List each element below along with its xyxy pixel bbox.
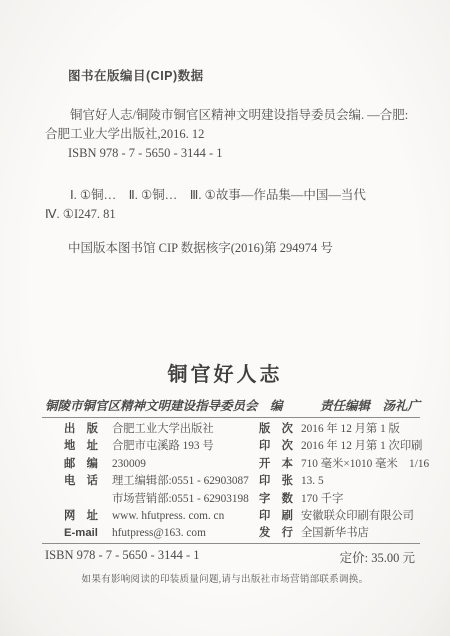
divider-bottom (42, 543, 420, 544)
colophon-row: 网 址 www. hfutpress. com. cn 印 刷 安徽联众印刷有限… (42, 508, 420, 525)
colophon-value: 2016 年 12 月第 1 次印刷 (301, 438, 422, 455)
colophon-value: 2016 年 12 月第 1 版 (301, 421, 420, 438)
divider-top (42, 417, 420, 418)
cip-record-number: 中国版本图书馆 CIP 数据核字(2016)第 294974 号 (68, 238, 333, 256)
colophon-row: 邮 编 230009 开 本 710 毫米×1010 毫米 1/16 (42, 456, 420, 473)
cip-header: 图书在版编目(CIP)数据 (68, 66, 204, 84)
colophon-value: 710 毫米×1010 毫米 1/16 (301, 456, 429, 473)
colophon-value: www. hfutpress. com. cn (112, 508, 255, 525)
colophon-label: 发 行 (259, 525, 301, 542)
book-title: 铜官好人志 (0, 358, 450, 387)
colophon-row: 电 话 理工编辑部:0551 - 62903087 印 张 13. 5 (42, 473, 420, 490)
colophon-row: E-mail hfutpress@163. com 发 行 全国新华书店 (42, 525, 420, 542)
colophon-value: 市场营销部:0551 - 62903198 (112, 491, 255, 508)
colophon-value: hfutpress@163. com (112, 525, 255, 542)
colophon-row: 市场营销部:0551 - 62903198 字 数 170 千字 (42, 491, 420, 508)
footer-row: ISBN 978 - 7 - 5650 - 3144 - 1 定价: 35.00… (45, 548, 415, 566)
colophon-label (64, 491, 112, 508)
colophon-value: 合肥市屯溪路 193 号 (112, 438, 255, 455)
colophon-label: 邮 编 (64, 456, 112, 473)
cip-entry-line2: 合肥工业大学出版社,2016. 12 (45, 125, 415, 144)
cip-entry-line1: 铜官好人志/铜陵市铜官区精神文明建设指导委员会编. —合肥: (70, 108, 408, 122)
colophon-value: 安徽联众印刷有限公司 (301, 508, 420, 525)
cip-isbn: ISBN 978 - 7 - 5650 - 3144 - 1 (68, 146, 223, 161)
cip-classification-line2: Ⅳ. ①I247. 81 (45, 207, 116, 221)
compiler-row: 铜陵市铜官区精神文明建设指导委员会 编 责任编辑 汤礼广 (45, 396, 420, 414)
cip-entry: 铜官好人志/铜陵市铜官区精神文明建设指导委员会编. —合肥: 合肥工业大学出版社… (45, 106, 415, 144)
compiler-name: 铜陵市铜官区精神文明建设指导委员会 编 (45, 396, 283, 414)
colophon-label: 网 址 (64, 508, 112, 525)
colophon-value: 理工编辑部:0551 - 62903087 (112, 473, 255, 490)
colophon-label: E-mail (64, 525, 112, 542)
colophon-table: 出 版 合肥工业大学出版社 版 次 2016 年 12 月第 1 版 地 址 合… (42, 421, 420, 543)
colophon-value: 全国新华书店 (301, 525, 420, 542)
colophon-row: 出 版 合肥工业大学出版社 版 次 2016 年 12 月第 1 版 (42, 421, 420, 438)
quality-note: 如果有影响阅读的印装质量问题,请与出版社市场营销部联系调换。 (0, 571, 450, 585)
colophon-row: 地 址 合肥市屯溪路 193 号 印 次 2016 年 12 月第 1 次印刷 (42, 438, 420, 455)
colophon-value: 合肥工业大学出版社 (112, 421, 255, 438)
cip-classification: Ⅰ. ①铜… Ⅱ. ①铜… Ⅲ. ①故事—作品集—中国—当代 Ⅳ. ①I247.… (45, 186, 415, 224)
editor-credit: 责任编辑 汤礼广 (320, 396, 420, 414)
colophon-value: 13. 5 (301, 473, 420, 490)
colophon-label: 字 数 (259, 491, 301, 508)
colophon-label: 印 刷 (259, 508, 301, 525)
colophon-value: 170 千字 (301, 491, 420, 508)
footer-price: 定价: 35.00 元 (340, 548, 415, 566)
colophon-label: 版 次 (259, 421, 301, 438)
cip-classification-line1: Ⅰ. ①铜… Ⅱ. ①铜… Ⅲ. ①故事—作品集—中国—当代 (45, 186, 415, 205)
footer-isbn: ISBN 978 - 7 - 5650 - 3144 - 1 (45, 548, 200, 566)
colophon-label: 电 话 (64, 473, 112, 490)
colophon-label: 地 址 (64, 438, 112, 455)
copyright-page: 图书在版编目(CIP)数据 铜官好人志/铜陵市铜官区精神文明建设指导委员会编. … (0, 0, 450, 636)
colophon-label: 出 版 (64, 421, 112, 438)
colophon-label: 印 张 (259, 473, 301, 490)
colophon-value: 230009 (112, 456, 255, 473)
colophon-label: 开 本 (259, 456, 301, 473)
colophon-label: 印 次 (259, 438, 301, 455)
